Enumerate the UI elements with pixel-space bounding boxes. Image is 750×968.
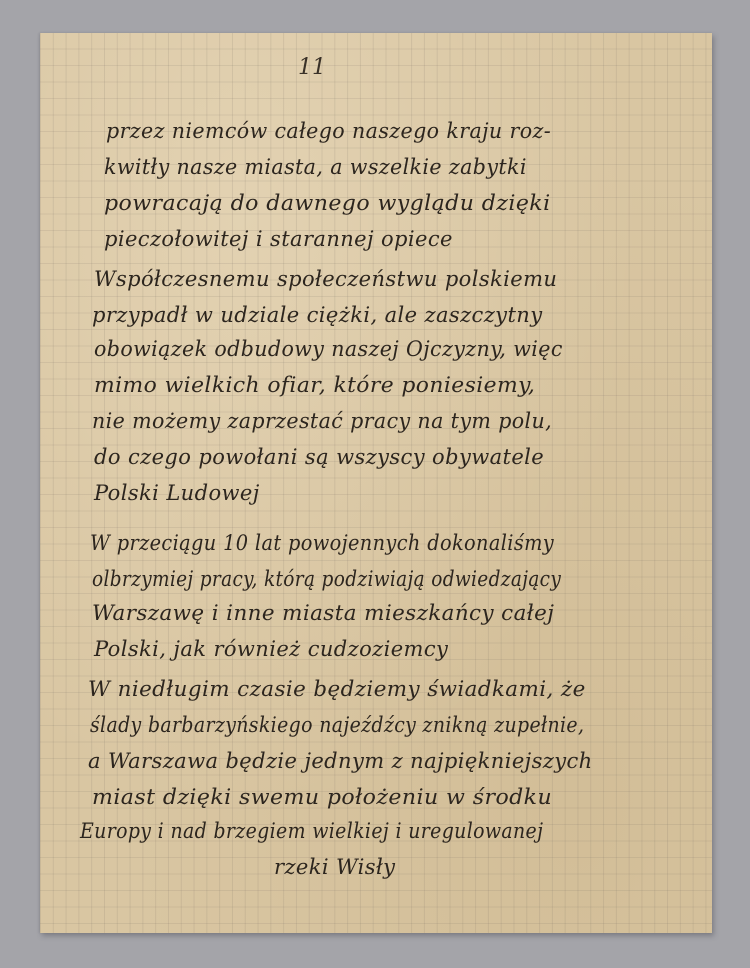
text-line: W przeciągu 10 lat powojennych dokonaliś…	[90, 533, 554, 554]
text-line: Współczesnemu społeczeństwu polskiemu	[94, 269, 557, 290]
text-line: W niedługim czasie będziemy świadkami, ż…	[88, 679, 586, 700]
text-line: olbrzymiej pracy, którą podziwiają odwie…	[92, 569, 561, 590]
text-line: nie możemy zaprzestać pracy na tym polu,	[92, 411, 552, 432]
text-line: rzeki Wisły	[274, 857, 395, 878]
text-line: obowiązek odbudowy naszej Ojczyzny, więc	[94, 339, 563, 360]
text-line: ślady barbarzyńskiego najeźdźcy znikną z…	[90, 715, 584, 736]
text-line: przypadł w udziale ciężki, ale zaszczytn…	[92, 305, 542, 326]
text-line: kwitły nasze miasta, a wszelkie zabytki	[104, 157, 527, 178]
text-line: do czego powołani są wszyscy obywatele	[94, 447, 544, 468]
text-line: powracają do dawnego wyglądu dzięki	[104, 193, 551, 214]
text-line: mimo wielkich ofiar, które poniesiemy,	[94, 375, 535, 396]
text-line: pieczołowitej i starannej opiece	[104, 229, 453, 250]
text-line: miast dzięki swemu położeniu w środku	[92, 787, 552, 808]
page-number: 11	[298, 55, 326, 80]
text-line: Polski Ludowej	[94, 483, 260, 504]
text-line: a Warszawa będzie jednym z najpiękniejsz…	[88, 751, 593, 772]
text-line: Polski, jak również cudzoziemcy	[94, 639, 448, 660]
text-line: Warszawę i inne miasta mieszkańcy całej	[92, 603, 554, 624]
text-line: Europy i nad brzegiem wielkiej i uregulo…	[80, 821, 543, 842]
manuscript-page: 11 przez niemców całego naszego kraju ro…	[40, 33, 712, 933]
text-line: przez niemców całego naszego kraju roz-	[106, 121, 551, 142]
